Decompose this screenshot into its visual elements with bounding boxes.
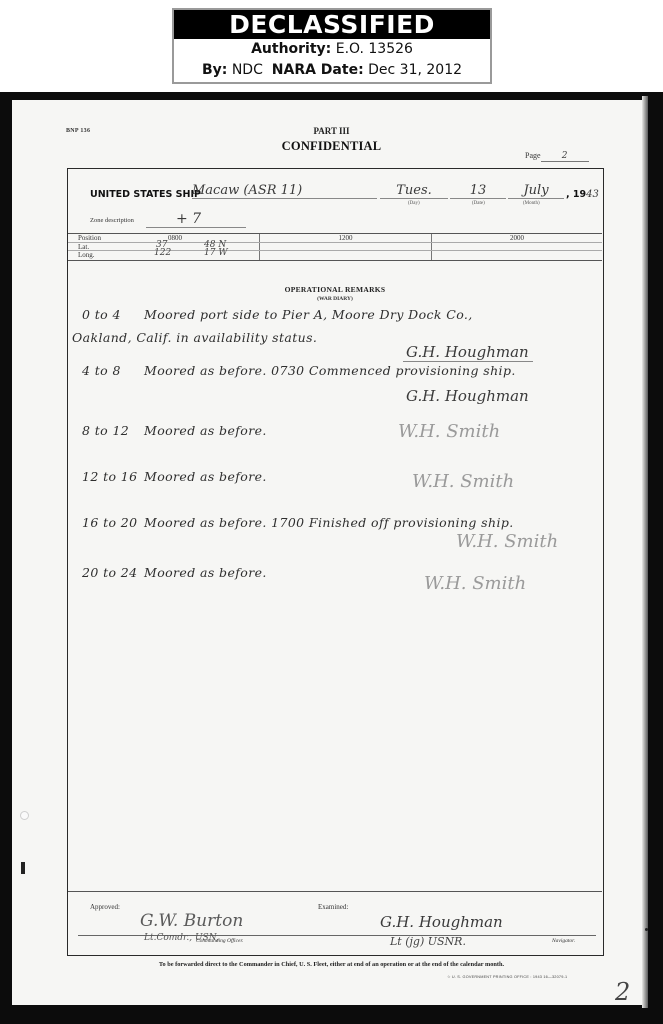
- long-label: Long.: [68, 251, 128, 260]
- month-field: July: [508, 183, 564, 199]
- by-value: NDC: [232, 62, 263, 78]
- declassified-stamp: DECLASSIFIED Authority: E.O. 13526 By: N…: [172, 8, 492, 84]
- lat-label: Lat.: [68, 243, 128, 251]
- entry-text: Moored port side to Pier A, Moore Dry Do…: [144, 307, 473, 322]
- watch-period: 0 to 4: [82, 307, 144, 322]
- nara-date-value: Dec 31, 2012: [368, 62, 462, 78]
- navigator-signature: G.H. Houghman: [380, 913, 503, 931]
- day-caption: (Day): [408, 201, 420, 206]
- entry-text: Moored as before.: [144, 565, 267, 580]
- log-entry: 0 to 4Moored port side to Pier A, Moore …: [82, 307, 473, 322]
- approved-label: Approved:: [90, 903, 120, 911]
- scan-mark: [645, 928, 648, 931]
- year-suffix: 43: [586, 189, 599, 200]
- handwritten-page-number: 2: [615, 978, 630, 1006]
- log-entry: 12 to 16Moored as before.: [82, 469, 267, 484]
- long-degrees: 122: [154, 249, 171, 258]
- navigator-rank: Lt (jg) USNR.: [390, 935, 466, 948]
- month-caption: (Month): [523, 201, 540, 206]
- entry-text: Moored as before. 1700 Finished off prov…: [144, 515, 514, 530]
- forwarding-instruction: To be forwarded direct to the Commander …: [0, 961, 663, 968]
- punch-hole: [20, 811, 29, 820]
- latitude-row: Lat. 37 48 N: [68, 243, 602, 252]
- watch-officer-signature: G.H. Houghman: [406, 387, 529, 405]
- watch-officer-signature: W.H. Smith: [456, 531, 558, 552]
- log-entry: 8 to 12Moored as before.: [82, 423, 267, 438]
- position-label: Position: [68, 234, 128, 242]
- by-label: By:: [202, 62, 227, 78]
- watch-officer-signature: W.H. Smith: [398, 421, 500, 442]
- long-minutes: 17 W: [204, 249, 228, 258]
- ship-label: UNITED STATES SHIP: [90, 189, 201, 200]
- authority-label: Authority:: [251, 41, 331, 57]
- signature-underline: [403, 361, 533, 362]
- watch-period: 20 to 24: [82, 565, 144, 580]
- log-entry-continued: Oakland, Calif. in availability status.: [72, 330, 317, 345]
- position-header-row: Position 0800 1200 2000: [68, 234, 602, 243]
- scan-mark: [21, 862, 25, 874]
- entry-text: Moored as before.: [144, 423, 267, 438]
- zone-label: Zone description: [90, 217, 134, 224]
- page-value: 2: [541, 151, 589, 162]
- examined-label: Examined:: [318, 903, 348, 911]
- date-caption: (Date): [472, 201, 485, 206]
- nara-date-label: NARA Date:: [272, 62, 364, 78]
- watch-officer-signature: G.H. Houghman: [406, 343, 529, 361]
- zone-value: + 7: [146, 211, 246, 228]
- page-label: Page: [525, 151, 541, 160]
- commanding-officer-line: [78, 935, 383, 936]
- stamp-title: DECLASSIFIED: [174, 10, 490, 39]
- log-entry: 20 to 24Moored as before.: [82, 565, 267, 580]
- year-prefix: , 19: [566, 189, 586, 200]
- stamp-authority: Authority: E.O. 13526: [174, 39, 490, 60]
- year-field: , 1943: [566, 189, 599, 200]
- navigator-caption: Navigator.: [552, 938, 575, 944]
- time-1200: 1200: [260, 234, 432, 242]
- longitude-row: Long. 122 17 W: [68, 251, 602, 260]
- part-heading: PART III: [0, 126, 663, 136]
- ship-name-field: Macaw (ASR 11): [192, 183, 377, 199]
- entry-text: Moored as before.: [144, 469, 267, 484]
- printing-office-note: ☆ U. S. GOVERNMENT PRINTING OFFICE : 194…: [447, 974, 567, 979]
- watch-period: 4 to 8: [82, 363, 144, 378]
- page-number-field: Page2: [525, 151, 589, 162]
- time-2000: 2000: [432, 234, 602, 242]
- remarks-subtitle: (WAR DIARY): [68, 296, 602, 302]
- stamp-by-date: By: NDC NARA Date: Dec 31, 2012: [174, 60, 490, 81]
- watch-officer-signature: W.H. Smith: [412, 471, 514, 492]
- authority-value: E.O. 13526: [336, 41, 413, 57]
- watch-period: 16 to 20: [82, 515, 144, 530]
- commanding-officer-signature: G.W. Burton: [140, 911, 243, 931]
- time-0800: 0800: [168, 234, 182, 243]
- log-entry: 16 to 20Moored as before. 1700 Finished …: [82, 515, 514, 530]
- log-entry: 4 to 8Moored as before. 0730 Commenced p…: [82, 363, 516, 378]
- day-field: Tues.: [380, 183, 448, 199]
- date-field: 13: [450, 183, 506, 199]
- position-table: Position 0800 1200 2000 Lat. 37 48 N Lon…: [68, 233, 602, 261]
- watch-period: 8 to 12: [82, 423, 144, 438]
- watch-period: 12 to 16: [82, 469, 144, 484]
- entry-text: Moored as before. 0730 Commenced provisi…: [144, 363, 516, 378]
- commanding-officer-caption: Commanding Officer.: [196, 938, 243, 944]
- war-diary-form: UNITED STATES SHIP Macaw (ASR 11) Tues. …: [67, 168, 604, 956]
- watch-officer-signature: W.H. Smith: [424, 573, 526, 594]
- signature-block-divider: [68, 891, 602, 892]
- paper-edge: [642, 96, 648, 1008]
- remarks-title: OPERATIONAL REMARKS: [68, 285, 602, 294]
